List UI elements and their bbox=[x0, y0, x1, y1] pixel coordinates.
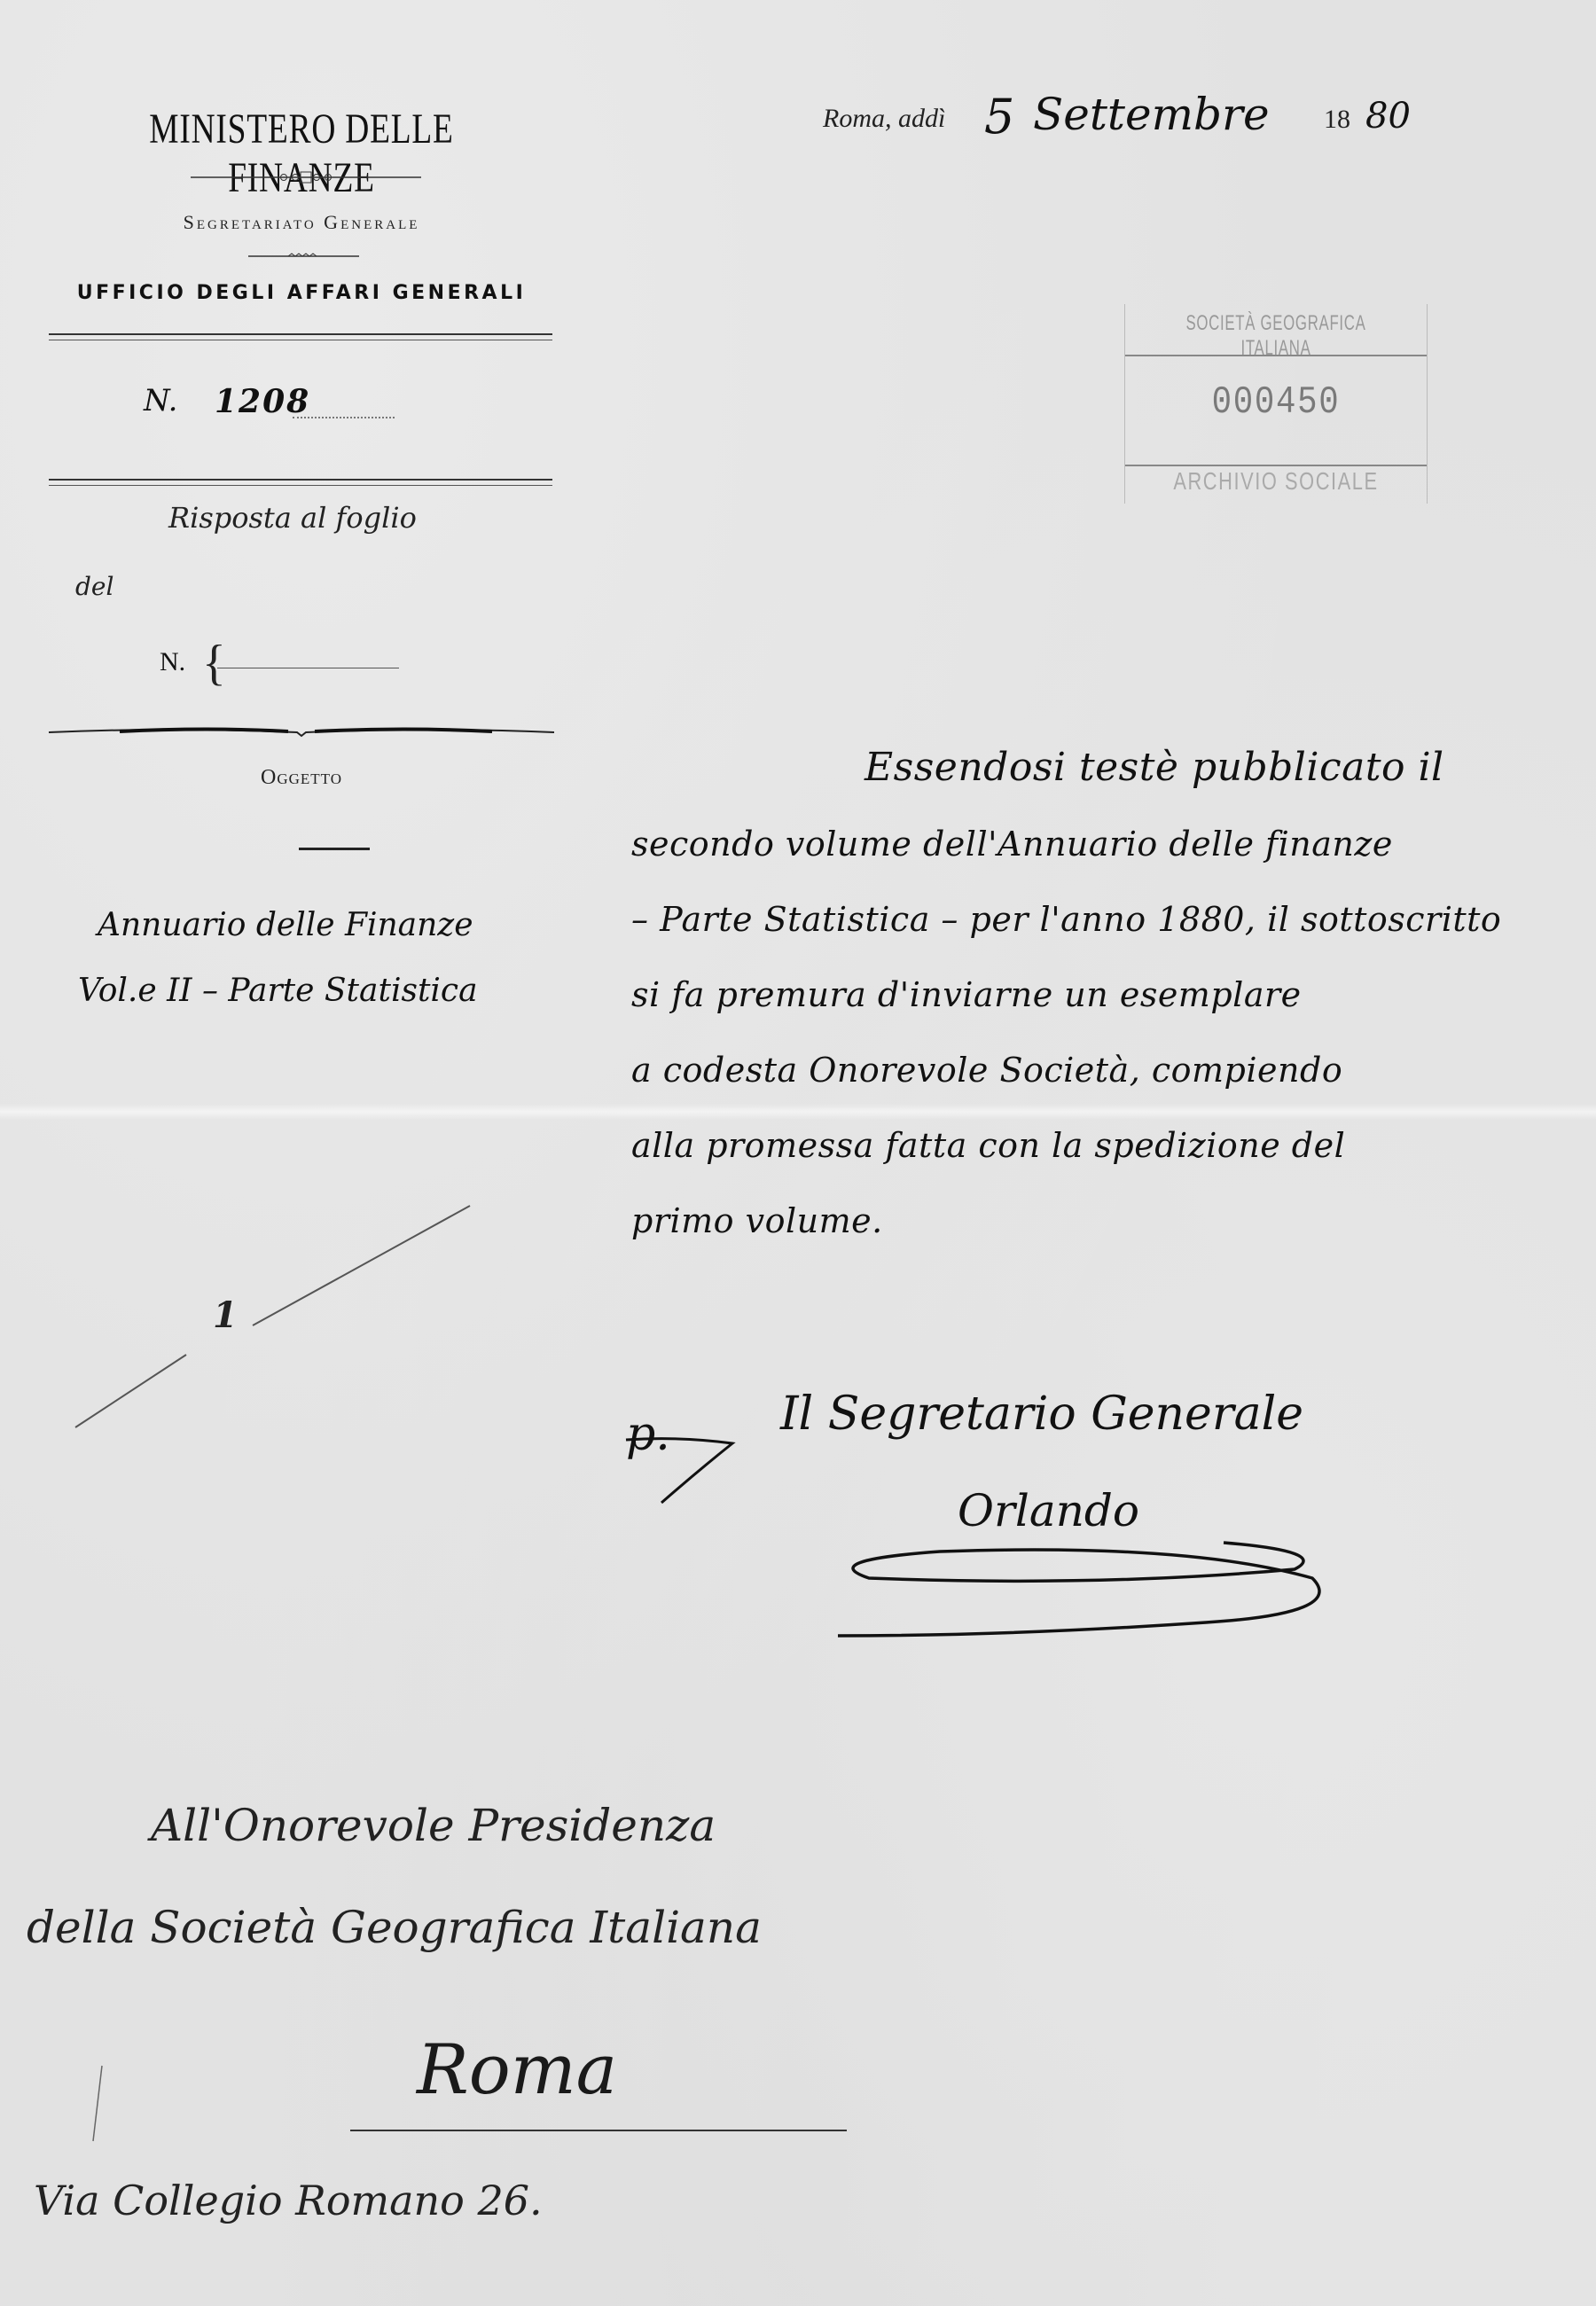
date-day: 5 bbox=[984, 89, 1014, 145]
ornamental-divider-icon bbox=[191, 171, 421, 184]
flourish-divider-icon bbox=[49, 727, 554, 738]
office-heading: UFFICIO DEGLI AFFARI GENERALI bbox=[53, 282, 550, 304]
subject-heading: Oggetto bbox=[53, 766, 550, 790]
body-line: alla promessa fatta con la spedizione de… bbox=[631, 1126, 1345, 1165]
city-underline bbox=[350, 2130, 847, 2131]
ministry-heading: MINISTERO DELLE FINANZE bbox=[108, 105, 496, 202]
subject-line: Annuario delle Finanze bbox=[98, 907, 473, 943]
divider bbox=[49, 479, 552, 486]
body-line: – Parte Statistica – per l'anno 1880, il… bbox=[631, 900, 1501, 939]
stamp-header: SOCIETÀ GEOGRAFICA ITALIANA bbox=[1170, 311, 1381, 361]
del-label: del bbox=[75, 572, 113, 601]
brace-icon: { bbox=[202, 638, 226, 688]
pencil-mark-icon bbox=[89, 2066, 106, 2146]
recipient-street: Via Collegio Romano 26. bbox=[34, 2177, 543, 2224]
letter-page: MINISTERO DELLE FINANZE Segretariato Gen… bbox=[0, 0, 1596, 2306]
secretariat-heading: Segretariato Generale bbox=[53, 211, 550, 234]
stamp-footer: ARCHIVIO SOCIALE bbox=[1158, 467, 1393, 496]
reply-label: Risposta al foglio bbox=[168, 501, 417, 535]
recipient-line: della Società Geografica Italiana bbox=[27, 1902, 762, 1953]
margin-number: 1 bbox=[213, 1294, 238, 1336]
date-month: Settembre bbox=[1033, 89, 1270, 140]
dotted-line bbox=[293, 417, 395, 418]
paper-fold bbox=[0, 1104, 1596, 1120]
signature-stroke-icon bbox=[626, 1436, 759, 1507]
date-year-printed: 18 bbox=[1324, 105, 1350, 135]
body-line: secondo volume dell'Annuario delle finan… bbox=[631, 825, 1393, 864]
stamp-rule bbox=[1125, 355, 1427, 356]
reference-number-line bbox=[217, 668, 399, 668]
recipient-line: All'Onorevole Presidenza bbox=[151, 1800, 716, 1851]
stamp-rule bbox=[1125, 465, 1427, 466]
subject-line: Vol.e II – Parte Statistica bbox=[78, 973, 478, 1009]
archive-stamp: SOCIETÀ GEOGRAFICA ITALIANA 000450 ARCHI… bbox=[1124, 304, 1428, 504]
date-year-handwritten: 80 bbox=[1365, 96, 1411, 137]
protocol-number: 1208 bbox=[215, 383, 310, 420]
body-line: Essendosi testè pubblicato il bbox=[864, 745, 1444, 790]
signature-flourish-icon bbox=[833, 1525, 1383, 1640]
body-line: a codesta Onorevole Società, compiendo bbox=[631, 1051, 1342, 1090]
stamp-number: 000450 bbox=[1148, 380, 1404, 425]
reference-number-label: N. bbox=[160, 647, 185, 677]
body-line: si fa premura d'inviarne un esemplare bbox=[631, 975, 1302, 1014]
divider bbox=[49, 333, 552, 340]
small-divider-icon bbox=[248, 253, 359, 260]
body-line: primo volume. bbox=[631, 1201, 883, 1240]
protocol-label: N. bbox=[144, 383, 177, 418]
signatory-title: Il Segretario Generale bbox=[780, 1388, 1303, 1441]
date-printed-prefix: Roma, addì bbox=[823, 104, 945, 134]
pencil-mark-icon bbox=[71, 1206, 488, 1454]
recipient-city: Roma bbox=[417, 2030, 617, 2110]
subject-dash bbox=[299, 848, 370, 856]
